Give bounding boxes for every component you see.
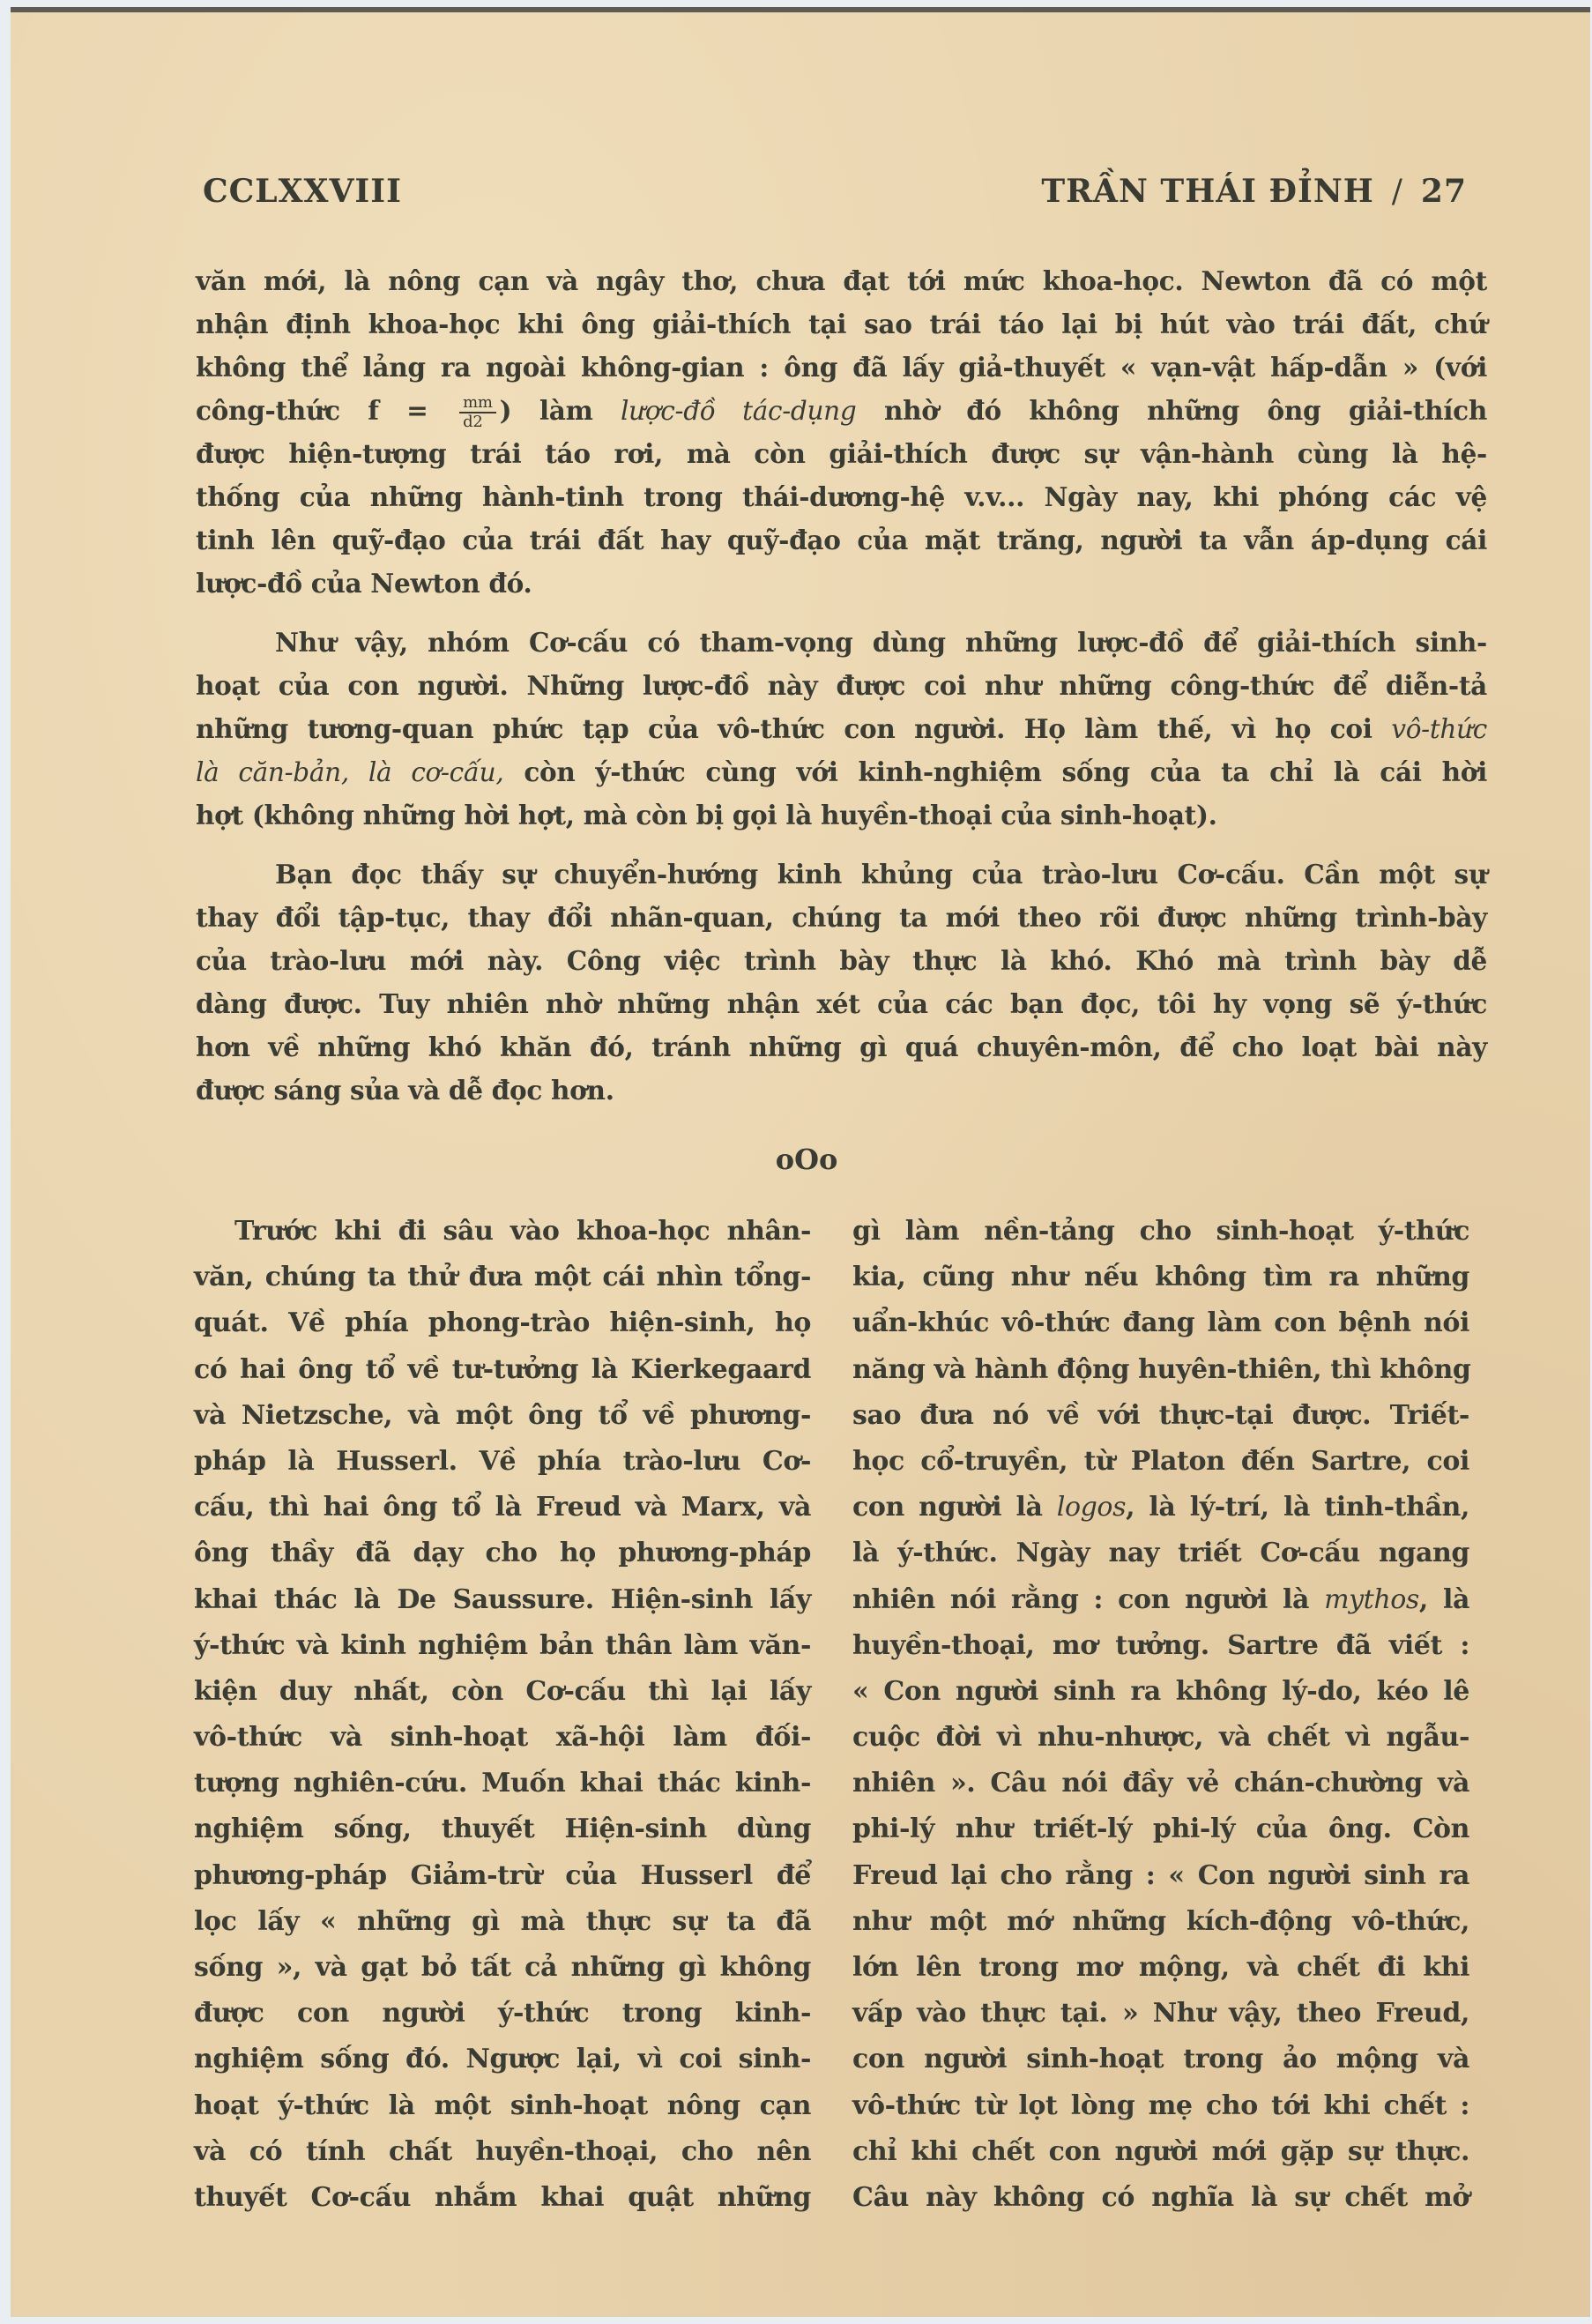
running-header: CCLXXVIII TRẦN THÁI ĐỈNH/27	[203, 173, 1467, 217]
text-line: của trào-lưu mới này. Công việc trình bà…	[196, 939, 1487, 982]
header-separator: /	[1392, 174, 1403, 210]
text-line: ông thầy đã dạy cho họ phương-pháp	[194, 1531, 811, 1576]
text-line: tượng nghiên-cứu. Muốn khai thác kinh-	[194, 1761, 811, 1806]
text-line: và có tính chất huyền-thoại, cho nên	[194, 2129, 811, 2175]
text-line: nhiên nói rằng : con người là mythos, là	[852, 1577, 1469, 1623]
text-line: ý-thức và kinh nghiệm bản thân làm văn-	[194, 1623, 811, 1669]
right-column: gì làm nền-tảng cho sinh-hoạt ý-thức kia…	[852, 1209, 1469, 2221]
text-line: Như vậy, nhóm Cơ-cấu có tham-vọng dùng n…	[196, 621, 1487, 664]
text-line: hơn về những khó khăn đó, tránh những gì…	[196, 1025, 1487, 1069]
text-line: chỉ khi chết con người mới gặp sự thực.	[852, 2129, 1469, 2175]
text-line: văn, chúng ta thử đưa một cái nhìn tổng-	[194, 1255, 811, 1300]
formula-fraction: mmd2	[459, 394, 496, 431]
text-line: lược-đồ của Newton đó.	[196, 562, 1487, 605]
text-line: dàng được. Tuy nhiên nhờ những nhận xét …	[196, 982, 1487, 1025]
text-line: những tương-quan phức tạp của vô-thức co…	[196, 707, 1487, 750]
text-line: học cổ-truyền, từ Platon đến Sartre, coi	[852, 1439, 1469, 1485]
text-line: con người sinh-hoạt trong ảo mộng và	[852, 2037, 1469, 2082]
text-line: và Nietzsche, và một ông tổ về phương-	[194, 1393, 811, 1439]
text-line: là căn-bản, là cơ-cấu, còn ý-thức cùng v…	[196, 750, 1487, 793]
page-number: 27	[1421, 173, 1467, 210]
text-line: gì làm nền-tảng cho sinh-hoạt ý-thức	[852, 1209, 1469, 1255]
text-line: Bạn đọc thấy sự chuyển-hướng kinh khủng …	[196, 853, 1487, 896]
text-line: hoạt của con người. Những lược-đồ này đư…	[196, 664, 1487, 707]
text-line: lớn lên trong mơ mộng, và chết đi khi	[852, 1945, 1469, 1991]
text-line: vấp vào thực tại. » Như vậy, theo Freud,	[852, 1991, 1469, 2037]
text-line: kia, cũng như nếu không tìm ra những	[852, 1255, 1469, 1300]
text-line: Câu này không có nghĩa là sự chết mở	[852, 2175, 1469, 2221]
text-line: tinh lên quỹ-đạo của trái đất hay quỹ-đạ…	[196, 518, 1487, 562]
volume-number: CCLXXVIII	[203, 173, 402, 210]
text-line: năng và hành động huyên-thiên, thì không	[852, 1347, 1469, 1393]
text-line: uẩn-khúc vô-thức đang làm con bệnh nói	[852, 1300, 1469, 1346]
scanned-page: CCLXXVIII TRẦN THÁI ĐỈNH/27 văn mới, là …	[11, 7, 1590, 2317]
author-and-page: TRẦN THÁI ĐỈNH/27	[1041, 173, 1467, 210]
text-line: được con người ý-thức trong kinh-	[194, 1991, 811, 2037]
text-line: quát. Về phía phong-trào hiện-sinh, họ	[194, 1300, 811, 1346]
text-line: không thể lảng ra ngoài không-gian : ông…	[196, 346, 1487, 389]
text-line: phương-pháp Giảm-trừ của Husserl để	[194, 1853, 811, 1899]
text-line: được sáng sủa và dễ đọc hơn.	[196, 1069, 1487, 1112]
text-line: nhiên ». Câu nói đầy vẻ chán-chường và	[852, 1761, 1469, 1806]
text-line: văn mới, là nông cạn và ngây thơ, chưa đ…	[196, 259, 1487, 302]
text-line: thống của những hành-tinh trong thái-dươ…	[196, 475, 1487, 518]
text-line: hoạt ý-thức là một sinh-hoạt nông cạn	[194, 2083, 811, 2129]
text-line: vô-thức từ lọt lòng mẹ cho tới khi chết …	[852, 2083, 1469, 2129]
text-line: Freud lại cho rằng : « Con người sinh ra	[852, 1853, 1469, 1899]
text-line: được hiện-tượng trái táo rơi, mà còn giả…	[196, 432, 1487, 475]
text-line: kiện duy nhất, còn Cơ-cấu thì lại lấy	[194, 1669, 811, 1715]
text-line: lọc lấy « những gì mà thực sự ta đã	[194, 1899, 811, 1945]
text-line: hợt (không những hời hợt, mà còn bị gọi …	[196, 793, 1487, 837]
left-column: Trước khi đi sâu vào khoa-học nhân- văn,…	[194, 1209, 811, 2221]
text-line: con người là logos, là lý-trí, là tinh-t…	[852, 1485, 1469, 1531]
text-line: là ý-thức. Ngày nay triết Cơ-cấu ngang	[852, 1531, 1469, 1576]
text-line: thay đổi tập-tục, thay đổi nhãn-quan, ch…	[196, 896, 1487, 939]
text-line: pháp là Husserl. Về phía trào-lưu Cơ-	[194, 1439, 811, 1485]
text-line: nhận định khoa-học khi ông giải-thích tạ…	[196, 302, 1487, 346]
text-line: sống », và gạt bỏ tất cả những gì không	[194, 1945, 811, 1991]
text-line-formula: công-thức f = mmd2) làm lược-đồ tác-dụng…	[196, 389, 1487, 432]
text-line: huyền-thoại, mơ tưởng. Sartre đã viết :	[852, 1623, 1469, 1669]
text-line: như một mớ những kích-động vô-thức,	[852, 1899, 1469, 1945]
text-line: nghiệm sống đó. Ngược lại, vì coi sinh-	[194, 2037, 811, 2082]
text-line: có hai ông tổ về tư-tưởng là Kierkegaard	[194, 1347, 811, 1393]
text-line: sao đưa nó về với thực-tại được. Triết-	[852, 1393, 1469, 1439]
section-ornament: oOo	[11, 1143, 1592, 1176]
text-line: vô-thức và sinh-hoạt xã-hội làm đối-	[194, 1715, 811, 1761]
text-line: thuyết Cơ-cấu nhắm khai quật những	[194, 2175, 811, 2221]
intro-text: văn mới, là nông cạn và ngây thơ, chưa đ…	[196, 259, 1487, 1128]
text-line: « Con người sinh ra không lý-do, kéo lê	[852, 1669, 1469, 1715]
author-name: TRẦN THÁI ĐỈNH	[1041, 173, 1373, 210]
text-line: nghiệm sống, thuyết Hiện-sinh dùng	[194, 1806, 811, 1852]
paragraph-structuralism: Như vậy, nhóm Cơ-cấu có tham-vọng dùng n…	[196, 621, 1487, 837]
text-line: cuộc đời vì nhu-nhược, và chết vì ngẫu-	[852, 1715, 1469, 1761]
text-line: cấu, thì hai ông tổ là Freud và Marx, và	[194, 1485, 811, 1531]
paragraph-readers: Bạn đọc thấy sự chuyển-hướng kinh khủng …	[196, 853, 1487, 1112]
text-line: phi-lý như triết-lý phi-lý của ông. Còn	[852, 1806, 1469, 1852]
paragraph-newton: văn mới, là nông cạn và ngây thơ, chưa đ…	[196, 259, 1487, 605]
text-line: khai thác là De Saussure. Hiện-sinh lấy	[194, 1577, 811, 1623]
text-line: Trước khi đi sâu vào khoa-học nhân-	[194, 1209, 811, 1255]
